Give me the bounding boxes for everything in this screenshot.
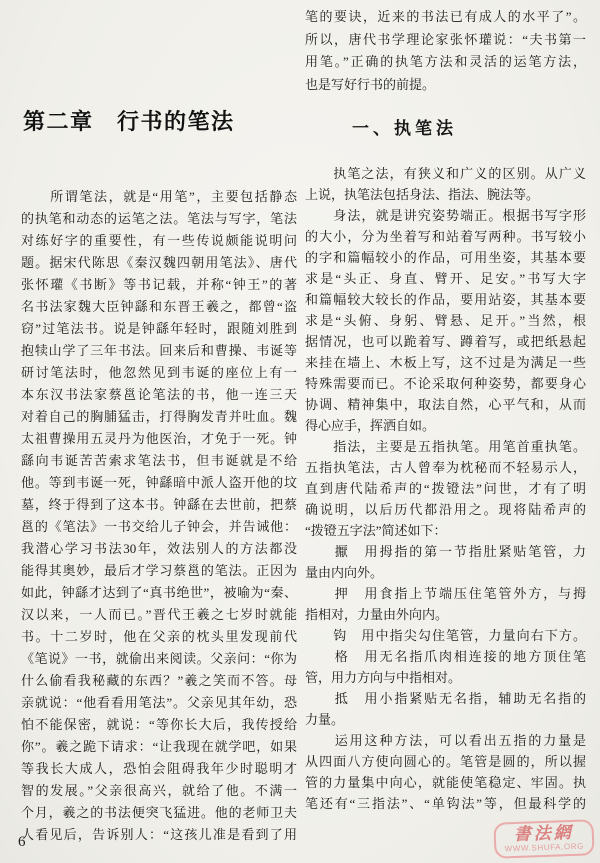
text-line: 汉以来，一人而已。”晋代王羲之七岁时就能 xyxy=(21,604,297,626)
text-line: 《笔说》一书，就偷出来阅读。父亲问：“你为 xyxy=(21,648,297,670)
text-line: 邕的《笔法》一书交给儿子钟会，并告诫他： xyxy=(21,516,297,538)
text-line: 确说明，以后历代都沿用之。现将陆希声的 xyxy=(305,499,586,520)
text-line: 的执笔和动态的运笔之法。笔法与写字，笔法 xyxy=(21,208,297,230)
text-line: 用笔。”正确的执笔方法和灵活的运笔方法， xyxy=(305,51,586,74)
text-line: 名书法家魏大臣钟繇和东晋王羲之，都曾“盗 xyxy=(21,296,297,318)
text-line: 协调、精神集中，取法自然，心平气和，从而 xyxy=(305,394,586,415)
text-line: 窃”过笔法书。说是钟繇年轻时，跟随刘胜到 xyxy=(21,318,297,340)
section-heading: 一、执笔法 xyxy=(352,114,457,139)
text-line: 力量。 xyxy=(305,709,586,730)
text-line: 书。十二岁时，他在父亲的枕头里发现前代 xyxy=(21,626,297,648)
text-line: 太祖曹操用五灵丹为他医治，才免于一死。钟 xyxy=(21,428,297,450)
text-line: “拨镫五字法”简述如下： xyxy=(305,520,586,541)
text-line: 五指执笔法，古人曾奉为枕秘而不轻易示人， xyxy=(305,457,586,478)
text-line: 所谓笔法，就是“用笔”，主要包括静态 xyxy=(21,186,297,208)
text-line: 我潜心学习书法30年，效法别人的方法都没 xyxy=(21,538,297,560)
text-line: 格 用无名指爪肉相连接的地方顶住笔 xyxy=(305,646,586,667)
page-number: 6 xyxy=(18,834,26,851)
text-line: 繇向韦诞苦苦索求笔法书，但韦诞就是不给 xyxy=(21,450,297,472)
shufa-watermark: 書法網 WWW.SHUFA.ORG xyxy=(493,819,594,858)
text-line: 从四面八方使向圆心的。笔管是圆的，所以握 xyxy=(305,751,586,772)
text-line: 押 用食指上节端压住笔管外方，与拇 xyxy=(305,583,586,604)
text-line: 张怀瓘《书断》等书记载，并称“钟王”的著 xyxy=(21,274,297,296)
right-column-top-text: 笔的要诀，近来的书法已有成人的水平了”。所以，唐代书学理论家张怀瓘说：“夫书第一… xyxy=(305,6,586,96)
text-line: 据情况，也可以跪着写、蹲着写，或把纸悬起 xyxy=(305,331,586,352)
text-line: 如此，钟繇才达到了“真书绝世”，被喻为“秦、 xyxy=(21,582,297,604)
chapter-heading: 第二章 行书的笔法 xyxy=(23,105,235,136)
left-column-text: 所谓笔法，就是“用笔”，主要包括静态的执笔和动态的运笔之法。笔法与写字，笔法对练… xyxy=(21,186,297,846)
text-line: 笔还有“三指法”、“单钩法”等，但最科学的 xyxy=(305,793,586,814)
text-line: 你”。羲之跪下请求：“让我现在就学吧，如果 xyxy=(21,736,297,758)
text-line: 研讨笔法时，他忽然见到韦诞的座位上有一 xyxy=(21,362,297,384)
text-line: 和篇幅较大较长的作品，要用站姿，其基本要 xyxy=(305,289,586,310)
text-line: 智的发展。”父亲很高兴，就给了他。不满一 xyxy=(21,780,297,802)
text-line: 本东汉书法家蔡邕论笔法的书，他一连三天 xyxy=(21,384,297,406)
text-line: 求是“头正、身直、臂开、足安。”书写大字 xyxy=(305,268,586,289)
text-line: 运用这种方法，可以看出五指的力量是 xyxy=(305,730,586,751)
text-line: 的字和篇幅较小的作品，可用坐姿，其基本要 xyxy=(305,247,586,268)
text-line: 亲就说：“他看看用笔法”。父亲见其年幼，恐 xyxy=(21,692,297,714)
text-line: 指法，主要是五指执笔。用笔首重执笔。 xyxy=(305,436,586,457)
text-line: 身法，就是讲究姿势端正。根据书写字形 xyxy=(305,205,586,226)
text-line: 执笔之法，有狭义和广义的区别。从广义 xyxy=(305,163,586,184)
text-line: 特殊需要而已。不论采取何种姿势，都要身心 xyxy=(305,373,586,394)
text-line: 什么偷看我秘藏的东西？”羲之笑而不答。母 xyxy=(21,670,297,692)
text-line: 墓，终于得到了这本书。钟繇在去世前，把蔡 xyxy=(21,494,297,516)
text-line: 钩 用中指尖勾住笔管，力量向右下方。 xyxy=(305,625,586,646)
text-line: 抵 用小指紧贴无名指，辅助无名指的 xyxy=(305,688,586,709)
text-line: 上说，执笔法包括身法、指法、腕法等。 xyxy=(305,184,586,205)
text-line: 能得其奥妙，最后才学习蔡邕的笔法。正因为 xyxy=(21,560,297,582)
text-line: 个月，羲之的书法便突飞猛进。他的老师卫夫 xyxy=(21,802,297,824)
text-line: 管的力量集中向心，就能使笔稳定、牢固。执 xyxy=(305,772,586,793)
right-column-text: 执笔之法，有狭义和广义的区别。从广义上说，执笔法包括身法、指法、腕法等。 身法，… xyxy=(305,163,586,814)
text-line: 抱犊山学了三年书法。回来后和曹操、韦诞等 xyxy=(21,340,297,362)
text-line: 也是写好行书的前提。 xyxy=(305,74,586,97)
text-line: 题。据宋代陈思《秦汉魏四朝用笔法》、唐代 xyxy=(21,252,297,274)
text-line: 管，用力方向与中指相对。 xyxy=(305,667,586,688)
text-line: 求是“头俯、身躬、臂悬、足开。”当然，根 xyxy=(305,310,586,331)
text-line: 直到唐代陆希声的“拨镫法”问世，才有了明 xyxy=(305,478,586,499)
text-line: 擫 用拇指的第一节指肚紧贴笔管，力 xyxy=(305,541,586,562)
text-line: 怕不能保密，就说：“等你长大后，我传授给 xyxy=(21,714,297,736)
text-line: 所以，唐代书学理论家张怀瓘说：“夫书第一 xyxy=(305,29,586,52)
text-line: 的大小，分为坐着写和站着写两种。书写较小 xyxy=(305,226,586,247)
text-line: 等我长大成人，恐怕会阻碍我年少时聪明才 xyxy=(21,758,297,780)
text-line: 来挂在墙上、木板上写，这不过是为满足一些 xyxy=(305,352,586,373)
text-line: 人看见后，告诉别人：“这孩儿准是看到了用 xyxy=(21,824,297,846)
text-line: 笔的要诀，近来的书法已有成人的水平了”。 xyxy=(305,6,586,29)
text-line: 得心应手，挥洒自如。 xyxy=(305,415,586,436)
text-line: 对练好字的重要性，有一些传说颇能说明问 xyxy=(21,230,297,252)
text-line: 他。等到韦诞一死，钟繇暗中派人盗开他的坟 xyxy=(21,472,297,494)
shufa-site-url: WWW.SHUFA.ORG xyxy=(499,841,589,854)
text-line: 量由内向外。 xyxy=(305,562,586,583)
text-line: 对着自己的胸脯猛击，打得胸发青并吐血。魏 xyxy=(21,406,297,428)
text-line: 指相对，力量由外向内。 xyxy=(305,604,586,625)
